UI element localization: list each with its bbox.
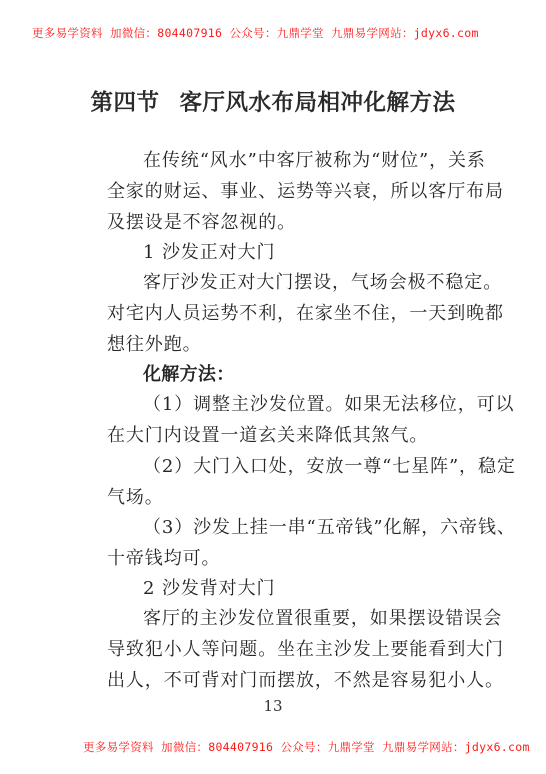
paragraph-line: 想往外跑。 — [107, 334, 202, 356]
paragraph-line: 在传统“风水”中客厅被称为“财位”，关系 — [143, 150, 486, 172]
watermark-header: 更多易学资料 加微信：804407916 公众号：九鼎学堂 九鼎易学网站：jdy… — [32, 25, 479, 41]
paragraph-line: 十帝钱均可。 — [107, 548, 220, 570]
paragraph-line: （2）大门入口处，安放一尊“七星阵”，稳定 — [143, 456, 516, 478]
paragraph-line: 导致犯小人等问题。坐在主沙发上要能看到大门 — [107, 639, 504, 661]
paragraph-line: 出人，不可背对门而摆放，不然是容易犯小人。 — [107, 670, 504, 692]
paragraph-line: （1）调整主沙发位置。如果无法移位，可以 — [143, 394, 514, 416]
paragraph-line: 全家的财运、事业、运势等兴衰，所以客厅布局 — [107, 181, 504, 203]
section-heading: 第四节客厅风水布局相冲化解方法 — [0, 85, 546, 117]
paragraph-line: 在大门内设置一道玄关来降低其煞气。 — [107, 425, 428, 447]
watermark-footer: 更多易学资料 加微信：804407916 公众号：九鼎学堂 九鼎易学网站：jdy… — [83, 739, 530, 755]
paragraph-line: 客厅的主沙发位置很重要，如果摆设错误会 — [143, 608, 502, 630]
paragraph-line: 对宅内人员运势不利，在家坐不住，一天到晚都 — [107, 303, 504, 325]
paragraph-line: 客厅沙发正对大门摆设，气场会极不稳定。 — [143, 272, 502, 294]
paragraph-line: 及摆设是不容忽视的。 — [107, 212, 296, 234]
page-number: 13 — [0, 697, 546, 715]
subheading-1: 1 沙发正对大门 — [143, 242, 275, 264]
paragraph-line: （3）沙发上挂一串“五帝钱”化解，六帝钱、 — [143, 517, 516, 539]
paragraph-line: 气场。 — [107, 487, 164, 509]
subheading-2: 2 沙发背对大门 — [143, 578, 275, 600]
section-title: 客厅风水布局相冲化解方法 — [180, 90, 456, 116]
section-number: 第四节 — [90, 90, 159, 116]
solution-heading: 化解方法： — [143, 364, 235, 386]
